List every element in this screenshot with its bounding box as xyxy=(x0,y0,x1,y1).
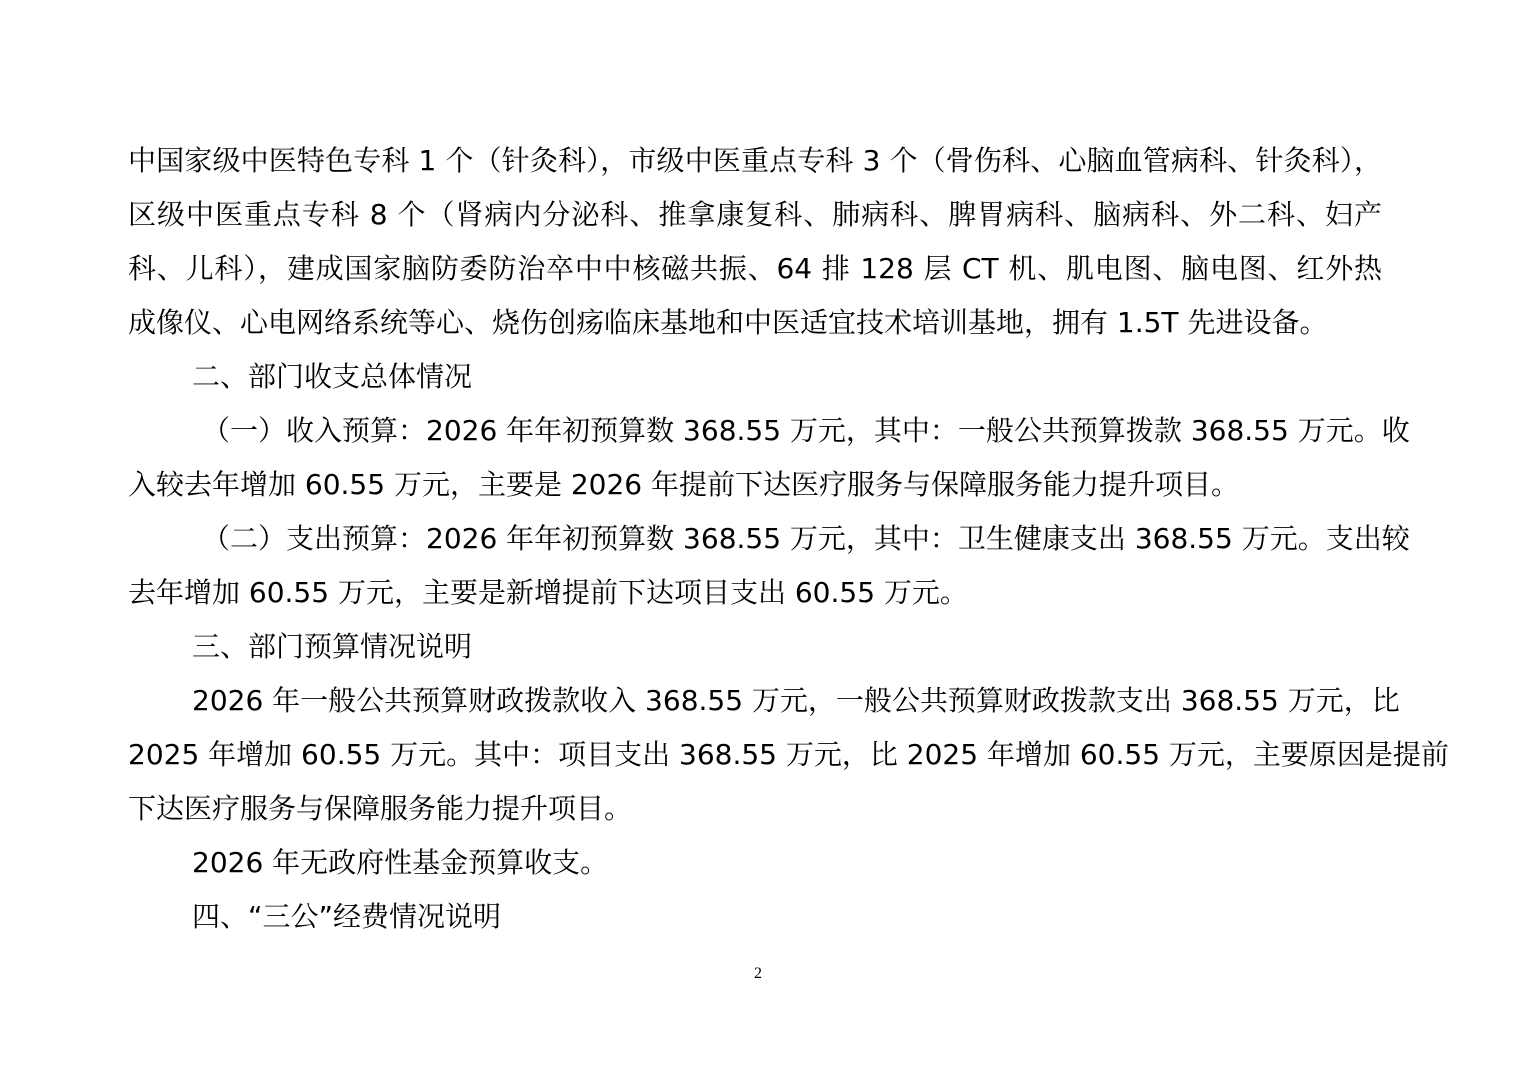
paragraph-line: 中国家级中医特色专科 1 个（针灸科），市级中医重点专科 3 个（骨伤科、心脑血… xyxy=(128,134,1382,188)
budget-explanation-line-2: 2025 年增加 60.55 万元。其中：项目支出 368.55 万元，比 20… xyxy=(128,728,1382,782)
income-budget-line-2: 入较去年增加 60.55 万元，主要是 2026 年提前下达医疗服务与保障服务能… xyxy=(128,458,1382,512)
income-budget-line-1: （一）收入预算：2026 年年初预算数 368.55 万元，其中：一般公共预算拨… xyxy=(128,404,1382,458)
budget-explanation-line-3: 下达医疗服务与保障服务能力提升项目。 xyxy=(128,782,1382,836)
paragraph-line: 成像仪、心电网络系统等心、烧伤创疡临床基地和中医适宜技术培训基地，拥有 1.5T… xyxy=(128,296,1382,350)
budget-explanation-line-1: 2026 年一般公共预算财政拨款收入 368.55 万元，一般公共预算财政拨款支… xyxy=(128,674,1382,728)
paragraph-line: 科、儿科），建成国家脑防委防治卒中中核磁共振、64 排 128 层 CT 机、肌… xyxy=(128,242,1382,296)
gov-fund-note: 2026 年无政府性基金预算收支。 xyxy=(128,836,1382,890)
expense-budget-line-2: 去年增加 60.55 万元，主要是新增提前下达项目支出 60.55 万元。 xyxy=(128,566,1382,620)
section-heading-3: 三、部门预算情况说明 xyxy=(128,620,1382,674)
expense-budget-line-1: （二）支出预算：2026 年年初预算数 368.55 万元，其中：卫生健康支出 … xyxy=(128,512,1382,566)
paragraph-line: 区级中医重点专科 8 个（肾病内分泌科、推拿康复科、肺病科、脾胃病科、脑病科、外… xyxy=(128,188,1382,242)
section-heading-2: 二、部门收支总体情况 xyxy=(128,350,1382,404)
document-page: 中国家级中医特色专科 1 个（针灸科），市级中医重点专科 3 个（骨伤科、心脑血… xyxy=(128,134,1382,944)
page-number: 2 xyxy=(754,965,762,983)
section-heading-4: 四、“三公”经费情况说明 xyxy=(128,890,1382,944)
